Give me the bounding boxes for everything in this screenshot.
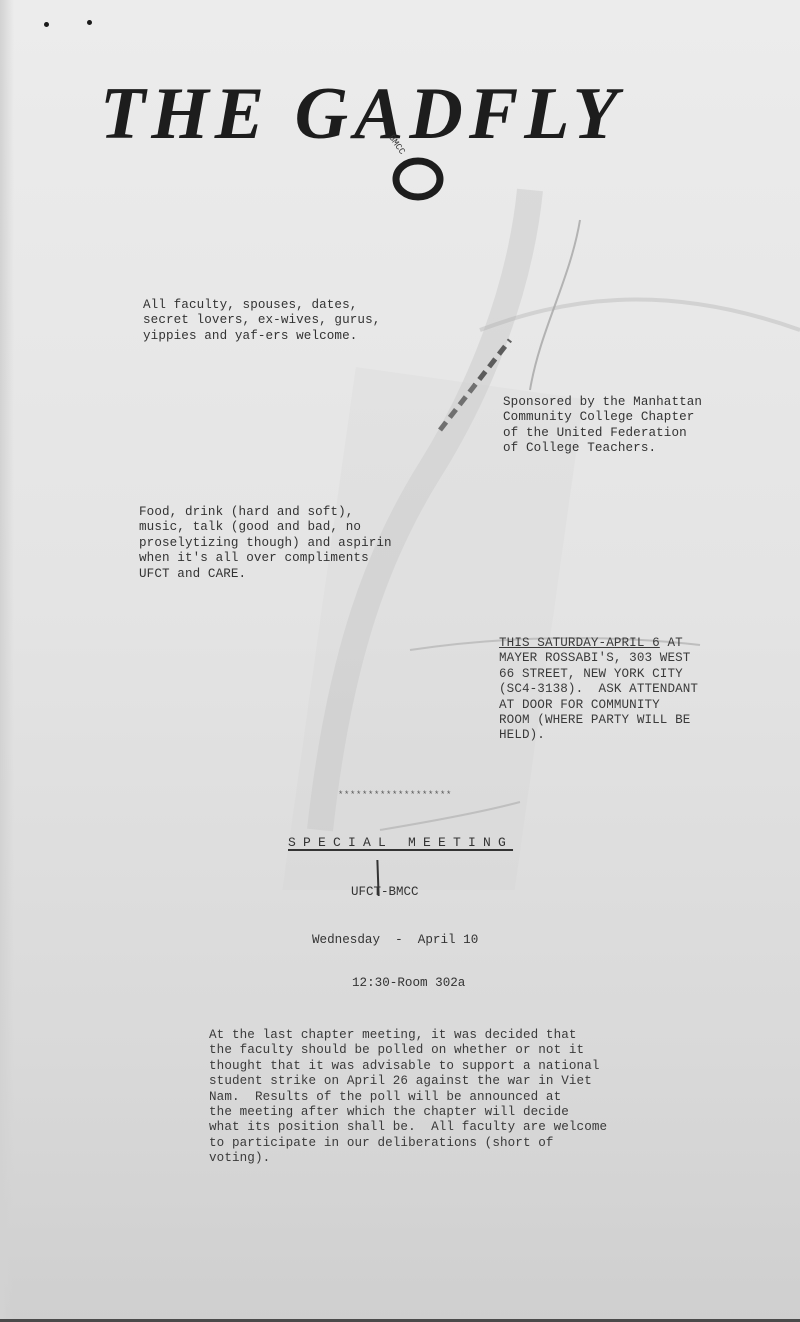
- venue-details: THIS SATURDAY-APRIL 6 ATMAYER ROSSABI'S,…: [499, 636, 698, 744]
- special-meeting-heading: SPECIAL MEETING: [288, 835, 513, 850]
- svg-text:THE GADFLY: THE GADFLY: [100, 73, 624, 155]
- ink-speck: [87, 20, 92, 25]
- welcome-text: All faculty, spouses, dates,secret lover…: [143, 298, 380, 344]
- meeting-organization: UFCT-BMCC: [351, 885, 419, 899]
- asterisk-separator: *******************: [338, 790, 452, 800]
- sponsor-text: Sponsored by the ManhattanCommunity Coll…: [503, 395, 702, 457]
- meeting-time-room: 12:30-Room 302a: [352, 976, 465, 990]
- meeting-description: At the last chapter meeting, it was deci…: [209, 1028, 607, 1167]
- gadfly-logo: THE GADFLY BMCC: [100, 62, 720, 212]
- page-edge-shadow: [0, 0, 14, 1322]
- event-date-headline: THIS SATURDAY-APRIL 6: [499, 636, 660, 650]
- masthead: THE GADFLY BMCC: [100, 62, 720, 212]
- meeting-date: Wednesday - April 10: [312, 933, 478, 947]
- refreshments-text: Food, drink (hard and soft),music, talk …: [139, 505, 392, 582]
- ink-speck: [44, 22, 49, 27]
